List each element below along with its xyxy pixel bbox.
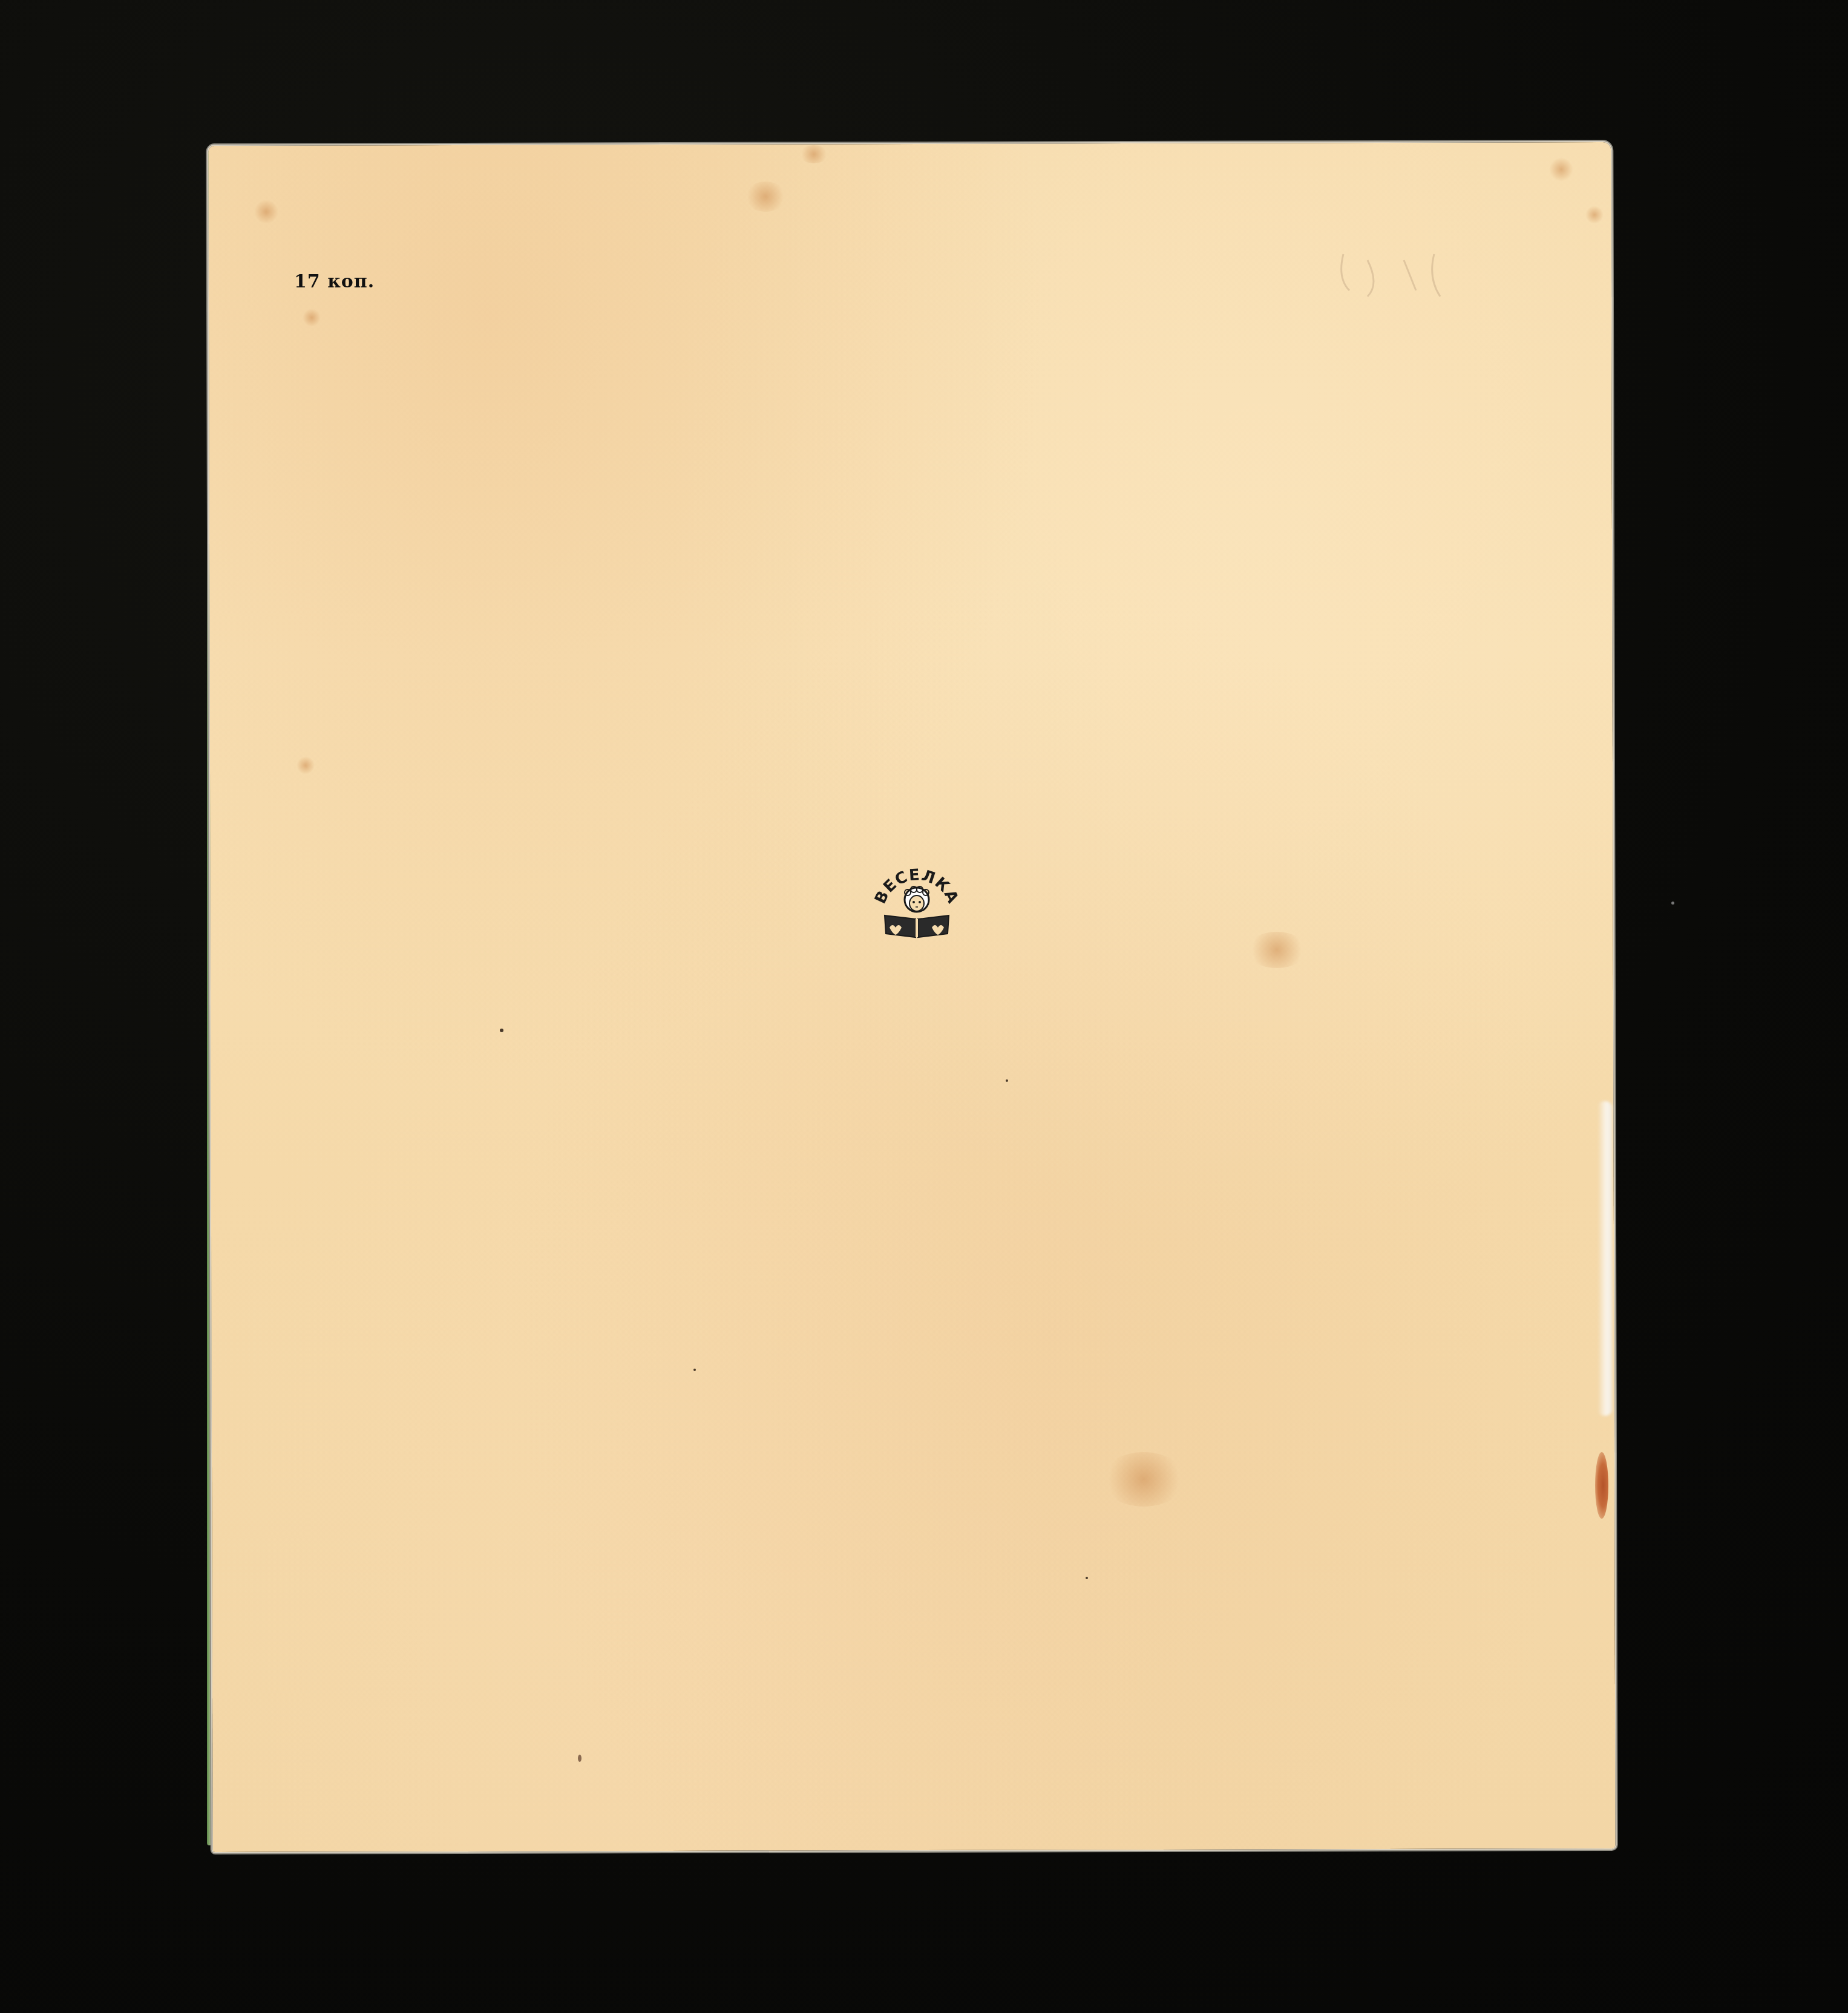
book-back-cover	[208, 142, 1615, 1852]
publisher-logo: ВЕСЕЛКА	[871, 856, 962, 941]
foxing-spot	[1585, 206, 1604, 224]
foxing-spot	[1549, 157, 1573, 182]
speck	[693, 1369, 696, 1371]
worn-paper-edge	[1597, 1101, 1612, 1416]
foxing-spot	[1247, 932, 1307, 968]
foxing-spot	[254, 200, 278, 224]
price-label: 17 коп.	[294, 271, 375, 292]
speck	[1671, 902, 1674, 905]
foxing-spot	[799, 145, 829, 163]
foxing-spot	[1101, 1452, 1186, 1507]
pencil-mark	[1331, 242, 1470, 303]
foxing-spot	[297, 756, 315, 774]
speck	[1086, 1577, 1088, 1579]
foxing-spot	[744, 182, 787, 212]
scan-background: 17 коп. ВЕСЕЛКА	[0, 0, 1848, 2013]
speck	[578, 1755, 582, 1762]
speck	[1006, 1079, 1008, 1082]
speck	[500, 1029, 503, 1032]
foxing-spot	[303, 309, 321, 327]
reddish-stain	[1595, 1452, 1608, 1519]
